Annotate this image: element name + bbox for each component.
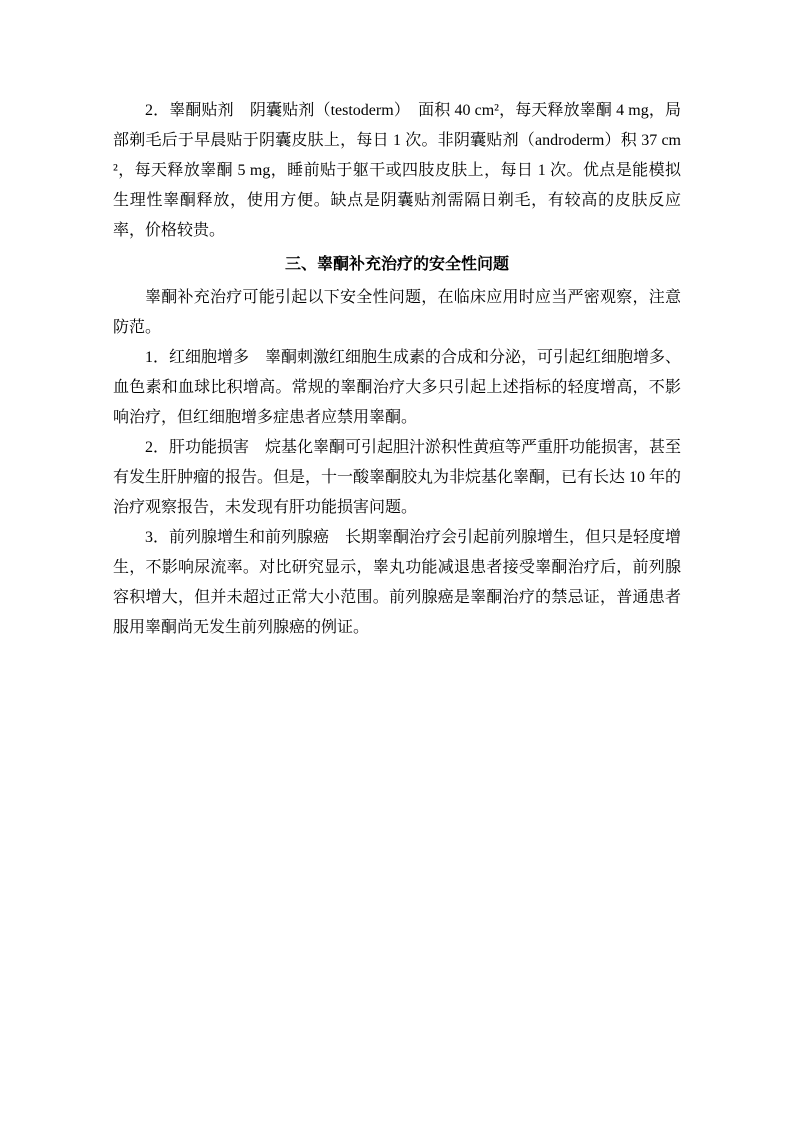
paragraph-erythrocytosis: 1．红细胞增多 睾酮刺激红细胞生成素的合成和分泌，可引起红细胞增多、血色素和血球…	[113, 343, 681, 433]
document-page: 2．睾酮贴剂 阴囊贴剂（testoderm） 面积 40 cm²，每天释放睾酮 …	[0, 0, 793, 1122]
paragraph-testosterone-patch: 2．睾酮贴剂 阴囊贴剂（testoderm） 面积 40 cm²，每天释放睾酮 …	[113, 96, 681, 246]
paragraph-safety-intro: 睾酮补充治疗可能引起以下安全性问题，在临床应用时应当严密观察，注意防范。	[113, 283, 681, 343]
paragraph-liver-damage: 2．肝功能损害 烷基化睾酮可引起胆汁淤积性黄疸等严重肝功能损害，甚至有发生肝肿瘤…	[113, 433, 681, 523]
section-heading-safety: 三、睾酮补充治疗的安全性问题	[113, 250, 681, 280]
page-content: 2．睾酮贴剂 阴囊贴剂（testoderm） 面积 40 cm²，每天释放睾酮 …	[113, 96, 681, 643]
paragraph-prostate: 3．前列腺增生和前列腺癌 长期睾酮治疗会引起前列腺增生，但只是轻度增生，不影响尿…	[113, 523, 681, 643]
